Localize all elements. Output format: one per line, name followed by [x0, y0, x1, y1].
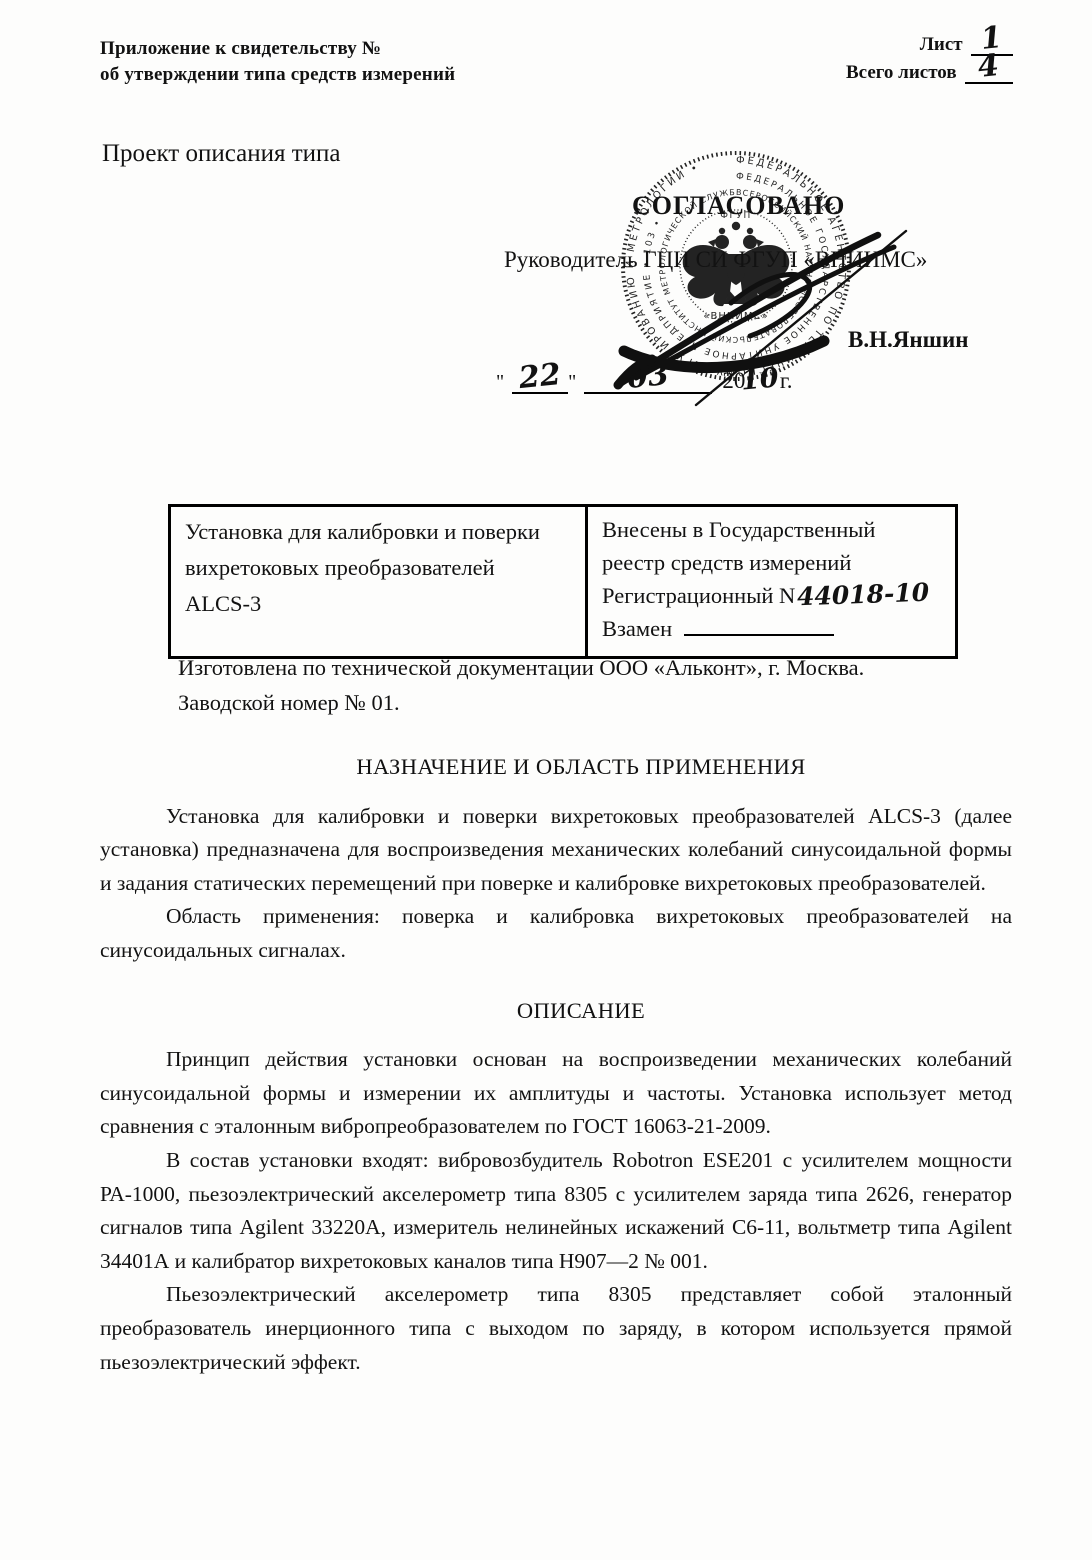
manufacturer-line1: Изготовлена по технической документации … — [178, 650, 864, 685]
annex-header-line1: Приложение к свидетельству № — [100, 36, 455, 62]
annex-header: Приложение к свидетельству № об утвержде… — [100, 36, 455, 88]
approver-title: Руководитель ГЦИ СИ ФГУП «ВНИИМС» — [504, 247, 927, 273]
paragraph: Пьезоэлектрический акселерометр типа 830… — [100, 1278, 1012, 1379]
device-name-line1: Установка для калибровки и поверки — [185, 514, 573, 550]
replaces-blank-field — [684, 634, 834, 636]
date-year-suffix: г. — [780, 368, 793, 393]
sheet-number-value: 1 — [980, 29, 1003, 49]
paragraph: Установка для калибровки и поверки вихре… — [100, 800, 1012, 901]
date-year: 2010г. — [722, 368, 792, 394]
document-body: НАЗНАЧЕНИЕ И ОБЛАСТЬ ПРИМЕНЕНИЯ Установк… — [100, 750, 1012, 1379]
registry-number-line: Регистрационный N44018-10 — [602, 580, 945, 611]
date-day-field: 22 — [512, 366, 568, 394]
section-heading-description: ОПИСАНИЕ — [100, 994, 1012, 1028]
device-name-line2: вихретоковых преобразователей — [185, 550, 573, 586]
device-name-line3: ALCS-3 — [185, 586, 573, 622]
registration-number-value: 44018-10 — [797, 586, 930, 605]
date-month-field: 03 — [584, 366, 712, 394]
date-month-value: 03 — [627, 366, 670, 388]
replaces-label: Взамен — [602, 616, 672, 641]
open-quote: " — [496, 371, 504, 394]
paragraph: В состав установки входят: вибровозбудит… — [100, 1144, 1012, 1278]
registry-line1: Внесены в Государственный — [602, 514, 945, 545]
registry-line2: реестр средств измерений — [602, 547, 945, 578]
registry-table-registration-cell: Внесены в Государственный реестр средств… — [588, 507, 955, 656]
date-year-hand-value: 10 — [741, 373, 779, 386]
total-sheets-value: 4 — [977, 57, 1000, 77]
sheet-counter: Лист 1 Всего листов 4 — [846, 28, 1013, 84]
replaces-line: Взамен — [602, 613, 945, 644]
annex-header-line2: об утверждении типа средств измерений — [100, 62, 455, 88]
agreed-label: СОГЛАСОВАНО — [632, 191, 845, 221]
registration-label: Регистрационный N — [602, 583, 795, 608]
date-day-value: 22 — [518, 366, 561, 388]
paragraph: Область применения: поверка и калибровка… — [100, 900, 1012, 967]
approver-name: В.Н.Яншин — [848, 327, 969, 353]
total-sheets-field: 4 — [965, 58, 1013, 84]
manufacturer-line2: Заводской номер № 01. — [178, 685, 864, 720]
total-sheets-label: Всего листов — [846, 62, 957, 84]
manufacturer-note: Изготовлена по технической документации … — [178, 650, 864, 720]
registry-table: Установка для калибровки и поверки вихре… — [168, 504, 958, 659]
sheet-label: Лист — [920, 34, 963, 56]
paragraph: Принцип действия установки основан на во… — [100, 1043, 1012, 1144]
approval-date-line: " 22 " 03 2010г. — [496, 366, 793, 394]
document-page: Приложение к свидетельству № об утвержде… — [0, 0, 1092, 1560]
total-sheets-row: Всего листов 4 — [846, 56, 1013, 84]
page-title: Проект описания типа — [102, 140, 341, 168]
section-heading-purpose: НАЗНАЧЕНИЕ И ОБЛАСТЬ ПРИМЕНЕНИЯ — [100, 750, 1012, 784]
stamp-vniims-text: «ВНИИМС» — [703, 311, 768, 322]
close-quote: " — [568, 371, 576, 394]
registry-table-device-cell: Установка для калибровки и поверки вихре… — [171, 507, 588, 656]
